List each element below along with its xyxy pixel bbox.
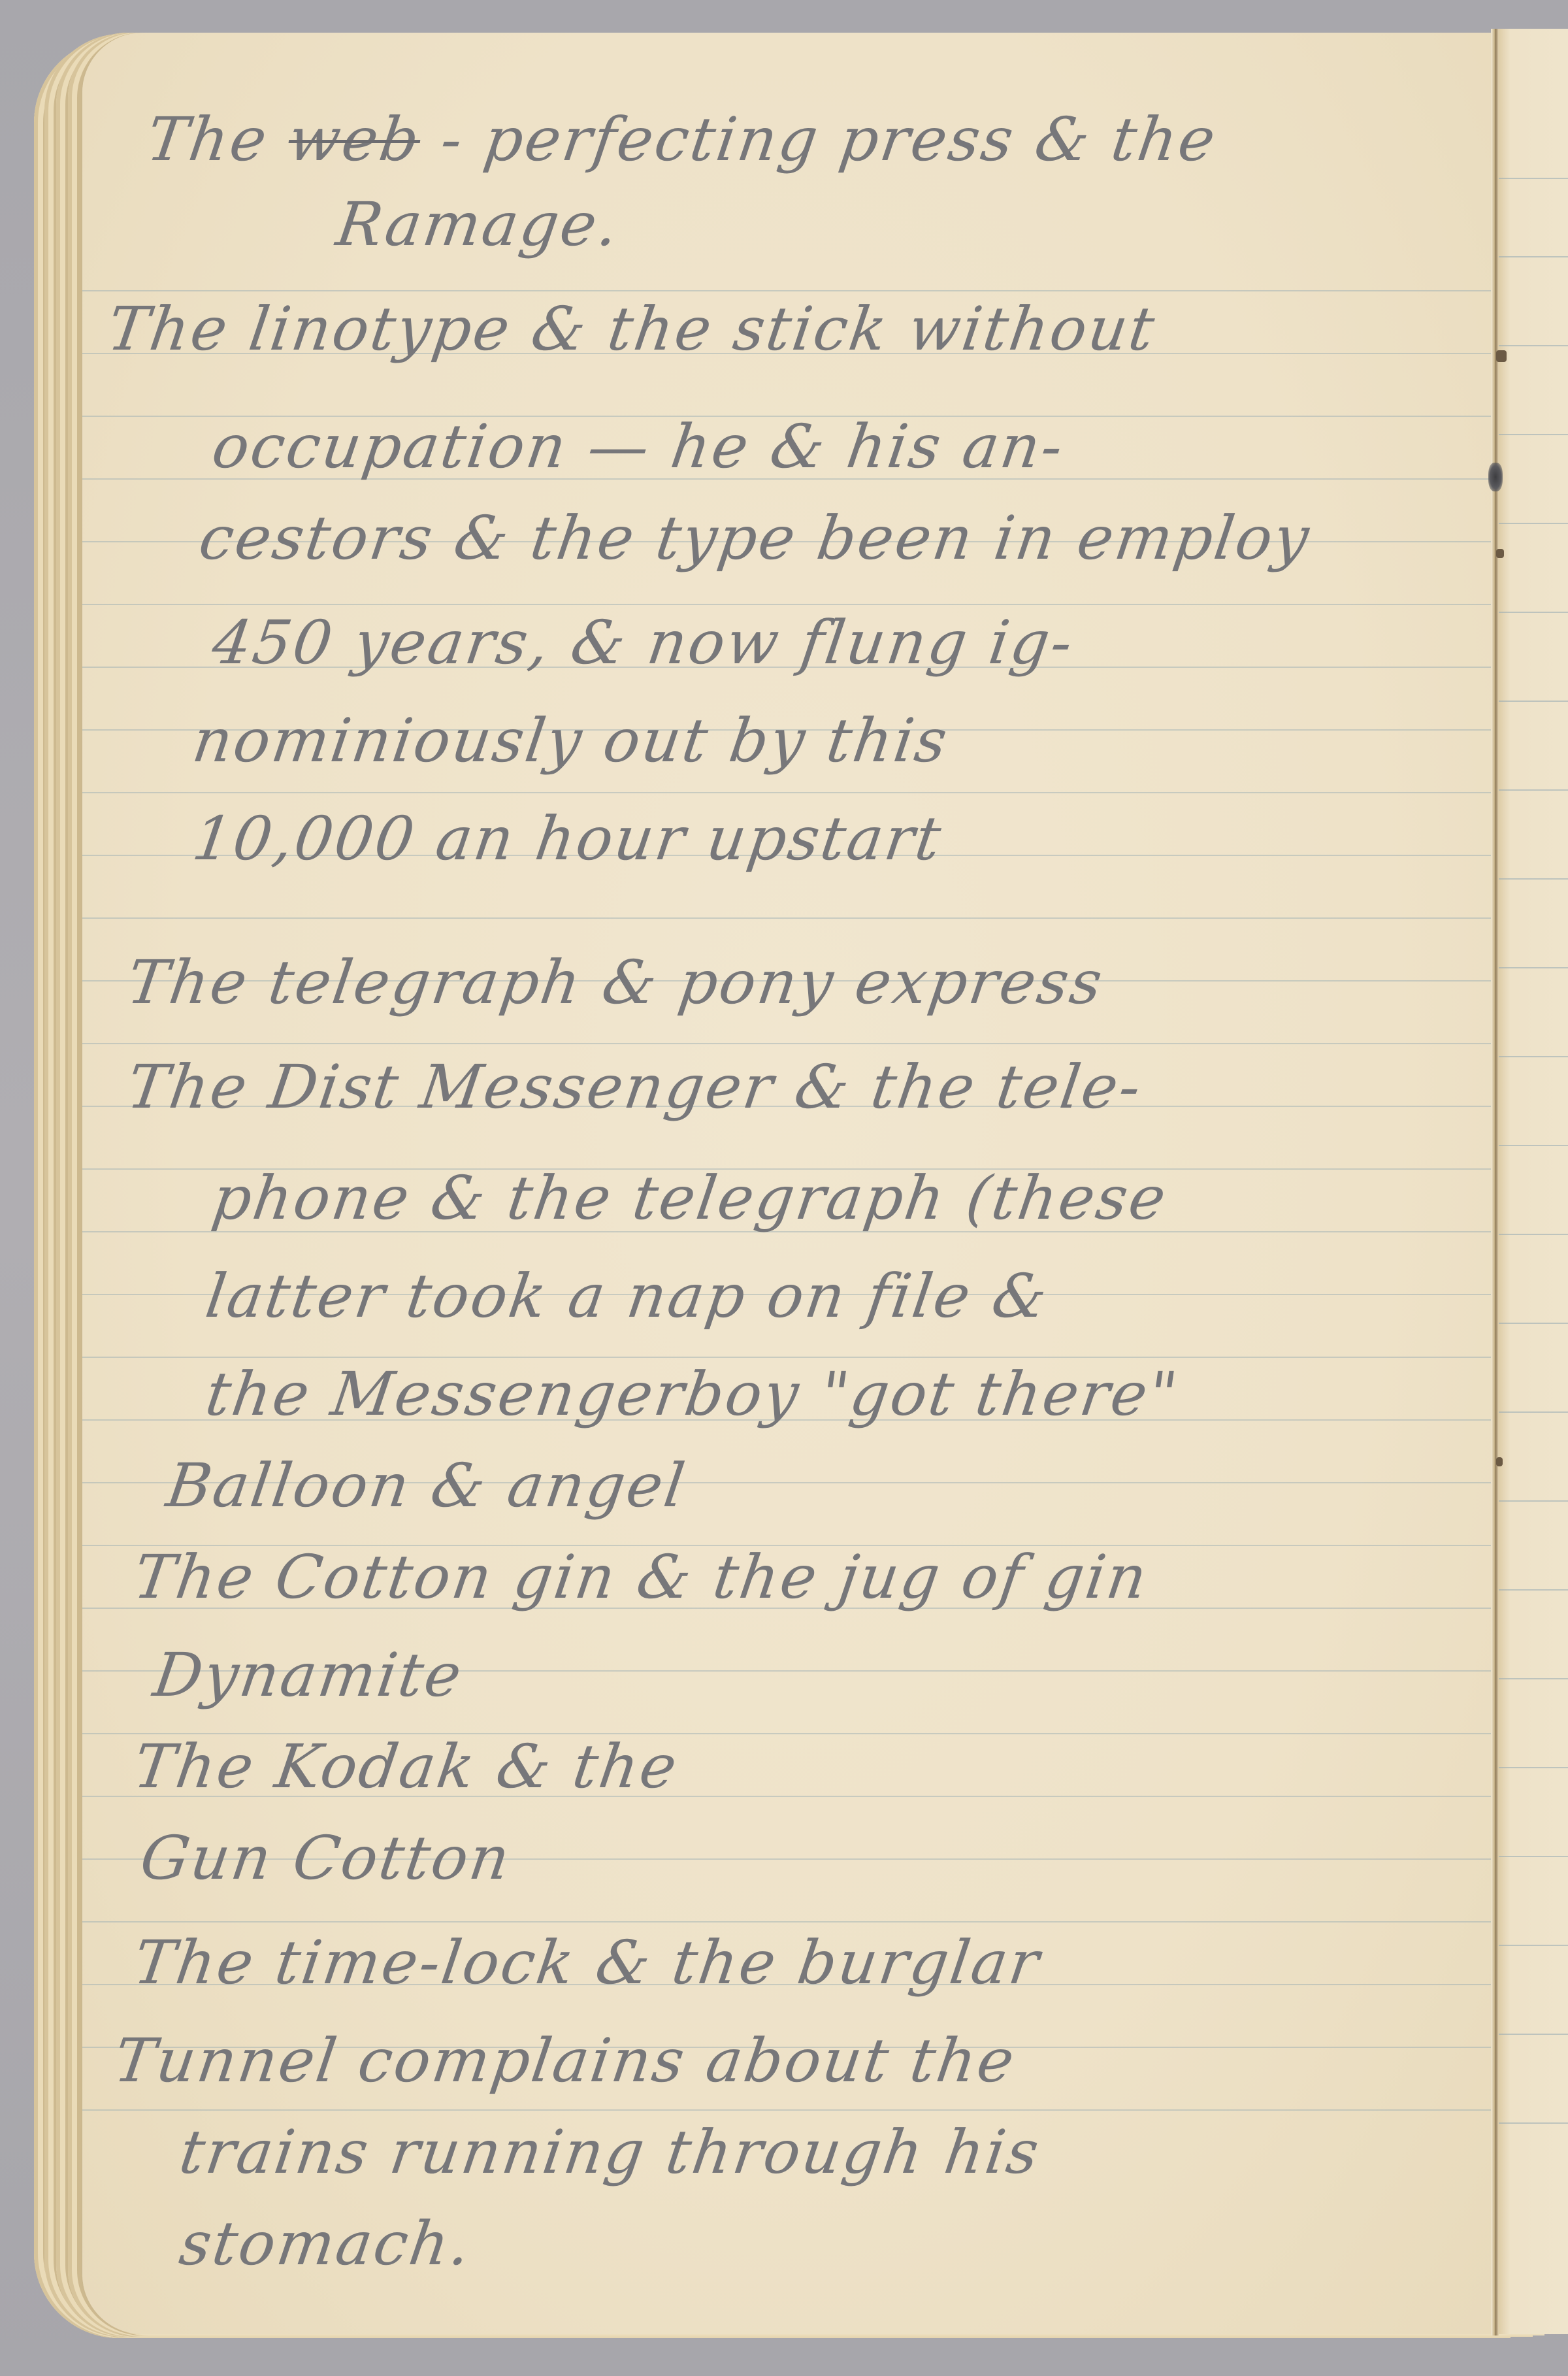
note-line: occupation — he & his an- <box>208 412 1068 482</box>
binding-tear <box>1496 549 1504 558</box>
note-line: The linotype & the stick without <box>103 294 1160 364</box>
handwritten-notes: The web - perfecting press & the Ramage.… <box>82 33 1496 2334</box>
note-text: - perfecting press & the <box>416 105 1222 174</box>
rule-line <box>1497 701 1568 702</box>
note-line: the Messengerboy "got there" <box>201 1359 1183 1429</box>
rule-line <box>1497 1856 1568 1857</box>
rule-line <box>1497 1056 1568 1057</box>
rule-line <box>1497 256 1568 257</box>
note-line: 10,000 an hour upstart <box>188 804 947 874</box>
note-line: The Dist Messenger & the tele- <box>123 1052 1147 1122</box>
note-line: The time-lock & the burglar <box>129 1928 1045 1998</box>
binding-tear <box>1496 1457 1503 1466</box>
note-line: The Cotton gin & the jug of gin <box>129 1542 1152 1612</box>
rule-line <box>1497 1145 1568 1146</box>
note-line: Tunnel complains about the <box>110 2026 1020 2096</box>
graphite-smudge <box>1488 463 1503 491</box>
note-text: The <box>142 105 293 174</box>
note-line: latter took a nap on file & <box>201 1261 1053 1331</box>
rule-line <box>1497 1500 1568 1502</box>
note-line: nominiously out by this <box>188 706 953 776</box>
note-line: The web - perfecting press & the <box>142 105 1221 174</box>
rule-line <box>1497 1411 1568 1413</box>
rule-line <box>1497 1678 1568 1679</box>
rule-line <box>1497 967 1568 968</box>
rule-line <box>1497 178 1568 179</box>
rule-line <box>1497 434 1568 435</box>
note-line: trains running through his <box>175 2117 1045 2187</box>
rule-line <box>1497 345 1568 346</box>
rule-line <box>1497 1234 1568 1235</box>
rule-line <box>1497 1323 1568 1324</box>
binding-tear <box>1496 350 1507 362</box>
rule-line <box>1497 1767 1568 1768</box>
note-line: phone & the telegraph (these <box>208 1163 1171 1233</box>
note-line: The telegraph & pony express <box>123 948 1108 1017</box>
notebook-page: The web - perfecting press & the Ramage.… <box>82 33 1496 2334</box>
page-gutter <box>1491 29 1499 2335</box>
note-line: cestors & the type been in employ <box>195 503 1315 573</box>
facing-page <box>1497 29 1568 2334</box>
rule-line <box>1497 789 1568 791</box>
note-line: 450 years, & now flung ig- <box>208 608 1078 678</box>
notebook-scan: The web - perfecting press & the Ramage.… <box>0 0 1568 2376</box>
note-line: Gun Cotton <box>136 1823 515 1893</box>
note-line: Dynamite <box>149 1640 467 1710</box>
rule-line <box>1497 1589 1568 1591</box>
struck-word: web <box>284 105 425 174</box>
rule-line <box>1497 2034 1568 2035</box>
rule-line <box>1497 523 1568 524</box>
rule-line <box>1497 2122 1568 2124</box>
rule-line <box>1497 612 1568 613</box>
rule-line <box>1497 1945 1568 1946</box>
note-line: Balloon & angel <box>162 1451 691 1521</box>
note-line: Ramage. <box>332 190 624 259</box>
note-line: stomach. <box>175 2209 476 2279</box>
rule-line <box>1497 878 1568 880</box>
note-line: The Kodak & the <box>129 1732 683 1802</box>
